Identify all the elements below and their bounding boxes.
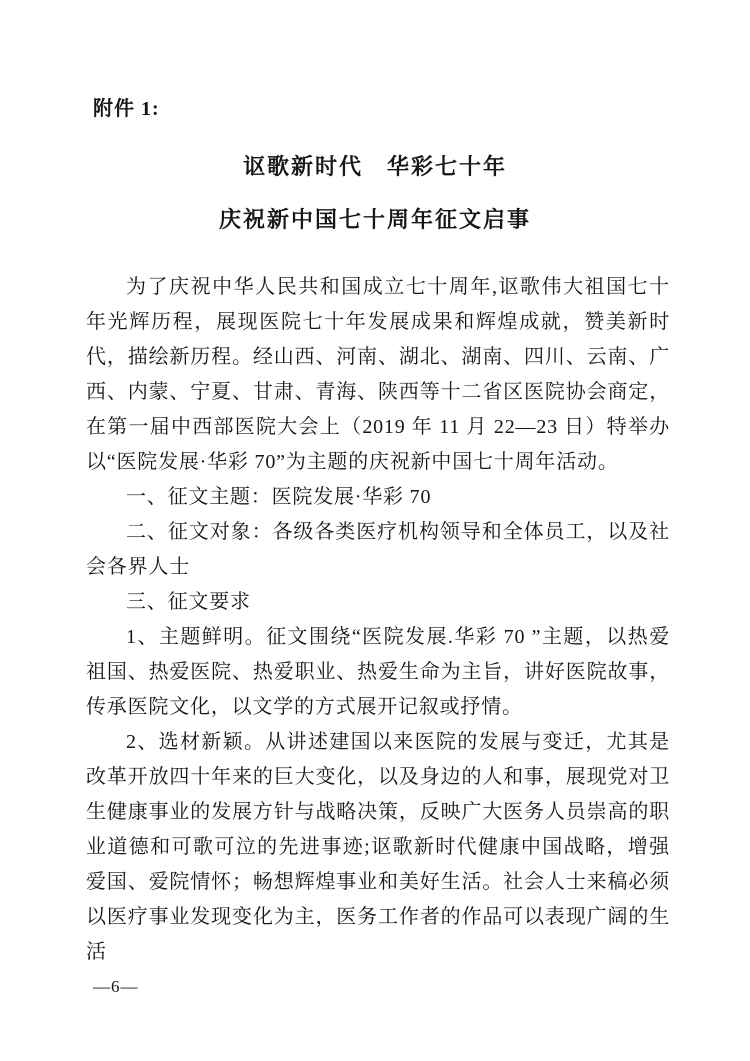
document-title-line2: 庆祝新中国七十周年征文启事	[0, 203, 750, 234]
requirement-2-paragraph: 2、选材新颖。从讲述建国以来医院的发展与变迁，尤其是改革开放四十年来的巨大变化，…	[86, 725, 670, 970]
page-number: —6—	[93, 977, 139, 997]
document-body: 为了庆祝中华人民共和国成立七十周年,讴歌伟大祖国七十年光辉历程，展现医院七十年发…	[86, 270, 670, 970]
item-essay-requirements: 三、征文要求	[86, 585, 670, 620]
title-block: 讴歌新时代 华彩七十年 庆祝新中国七十周年征文启事	[0, 150, 750, 234]
intro-paragraph: 为了庆祝中华人民共和国成立七十周年,讴歌伟大祖国七十年光辉历程，展现医院七十年发…	[86, 270, 670, 480]
document-title-line1: 讴歌新时代 华彩七十年	[0, 150, 750, 181]
attachment-label: 附件 1:	[93, 92, 160, 121]
document-page: 附件 1: 讴歌新时代 华彩七十年 庆祝新中国七十周年征文启事 为了庆祝中华人民…	[0, 0, 750, 1061]
requirement-1-paragraph: 1、主题鲜明。征文围绕“医院发展.华彩 70 ”主题，以热爱祖国、热爱医院、热爱…	[86, 620, 670, 725]
item-essay-audience: 二、征文对象：各级各类医疗机构领导和全体员工，以及社会各界人士	[86, 515, 670, 585]
item-essay-theme: 一、征文主题：医院发展·华彩 70	[86, 480, 670, 515]
